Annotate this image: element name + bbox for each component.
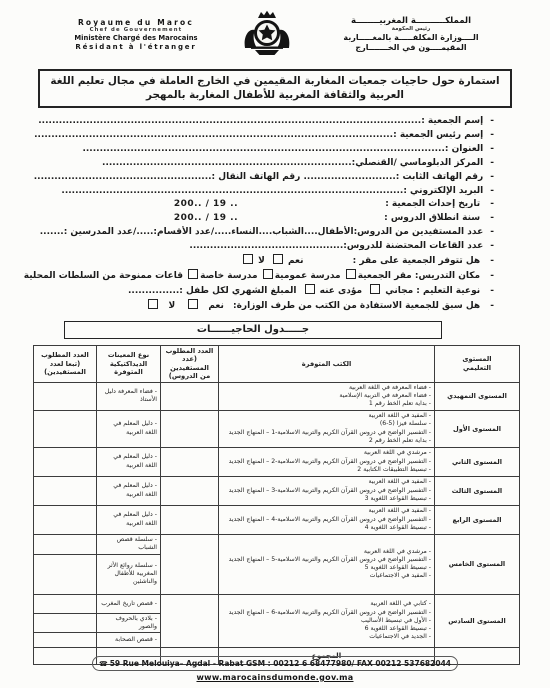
table-row-level-3: المستوى الثالث المفيد في اللغة العربيةال… xyxy=(34,476,520,505)
level-label: المستوى الثاني xyxy=(435,447,520,476)
aids-list: بلادي بالحروف والصور xyxy=(97,613,161,632)
col-header-required-count-beneficiaries: العدد المطلوب (تبعا لعدد المستفيدين) xyxy=(34,345,97,382)
field-lessons-start-year: سنة انطلاق الدروس : 200.. / 19 .. xyxy=(22,212,494,226)
field-previous-books-benefit: هل سبق للجمعية الاستفادة من الكتب من طرف… xyxy=(22,299,494,314)
kingdom-title-fr: Royaume du Maroc xyxy=(52,18,220,27)
scanned-form-page: Royaume du Maroc Chef de Gouvernement Mi… xyxy=(0,0,550,688)
kingdom-title-ar: المملكــــــــــة المغربيــــــــة xyxy=(310,16,512,26)
empty-cell xyxy=(34,613,97,632)
level-label: المستوى السادس xyxy=(435,594,520,647)
no-label: لا xyxy=(168,301,175,311)
empty-cell xyxy=(34,505,97,534)
field-address: العنوان :...............................… xyxy=(22,143,494,157)
address-text: 59 Rue Melouiya– Agdal - Rabat GSM : 002… xyxy=(110,659,451,668)
list-item: فضاء المعرفة في التربية الإسلامية xyxy=(222,392,431,400)
books-list: المفيد في اللغة العربيةسلسلة فيزا (5-6)ا… xyxy=(219,410,435,447)
empty-cell xyxy=(161,476,219,505)
empty-cell xyxy=(161,410,219,447)
checkbox-icon xyxy=(370,284,380,294)
checkbox-icon xyxy=(188,269,198,279)
list-item: المفيد في اللغة العربية xyxy=(222,507,431,515)
list-item: مرشدي في اللغة العربية xyxy=(222,449,431,457)
table-row-level-5: المستوى الخامس مرشدي في اللغة العربيةالت… xyxy=(34,534,520,554)
gov-chief-ar: رئيس الحكومة xyxy=(310,26,512,33)
col-header-didactic-aids: نوع المعينات الديداكتيكية المتوفرة xyxy=(97,345,161,382)
list-item: فضاء المعرفة دليل الأستاذ xyxy=(100,388,157,404)
list-item: التفسير الواضح في دروس القرآن الكريم وال… xyxy=(222,609,431,617)
creation-date-value: 200.. / 19 .. xyxy=(174,198,238,212)
list-item: دليل المعلم في اللغة العربية xyxy=(100,420,157,436)
list-item: سلسلة روائع الأثر المغربية للأطفال والنا… xyxy=(100,562,157,587)
form-title: استمارة حول حاجيات جمعيات المغاربة المقي… xyxy=(38,69,512,108)
aids-list: قصص الصحابة xyxy=(97,633,161,648)
teaching-place-private-school: مدرسة خاصة xyxy=(200,271,257,281)
field-beneficiaries-count: عدد المستفيدين من الدروس:الأطفال....الشب… xyxy=(22,226,494,240)
aids-list: دليل المعلم في اللغة العربية xyxy=(97,410,161,447)
level-label: المستوى الخامس xyxy=(435,534,520,594)
gov-chief-fr: Chef de Gouvernement xyxy=(52,27,220,34)
teaching-type-paid-label: مؤدى عنه xyxy=(320,286,363,296)
list-item: المفيد في اللغة العربية xyxy=(222,478,431,486)
list-item: التفسير الواضح في دروس القرآن الكريم وال… xyxy=(222,516,431,524)
empty-cell xyxy=(34,476,97,505)
yes-label: نعم xyxy=(208,301,224,311)
empty-cell xyxy=(34,554,97,594)
table-header-row: المستوى التعليمي الكتب المتوفرة العدد ال… xyxy=(34,345,520,382)
lessons-start-value: 200.. / 19 .. xyxy=(174,212,238,226)
has-premises-label: هل تتوفر الجمعية على مقر : xyxy=(353,256,481,266)
teaching-place-public-school: مدرسة عمومية xyxy=(275,271,341,281)
list-item: قصص الصحابة xyxy=(100,636,157,644)
residents-ar: المقيمــــون في الخـــــــارج xyxy=(310,43,512,53)
list-item: التفسير الواضح في دروس القرآن الكريم وال… xyxy=(222,556,431,564)
list-item: تبسيط التطبيقات الكتابية 2 xyxy=(222,466,431,474)
form-fields: إسم الجمعية :...........................… xyxy=(22,115,494,314)
level-label: المستوى الأول xyxy=(435,410,520,447)
list-item: كتابي في اللغة العربية xyxy=(222,600,431,608)
empty-cell xyxy=(34,447,97,476)
needs-table-heading: جـــــدول الحاجيــــــات xyxy=(64,321,442,339)
field-teaching-place: مكان التدريس: مقر الجمعية مدرسة عمومية م… xyxy=(22,269,494,284)
list-item: تبسيط القواعد اللغوية 6 xyxy=(222,625,431,633)
list-item: الأول في تبسيط الأساليب xyxy=(222,617,431,625)
table-row-level-1: المستوى الأول المفيد في اللغة العربيةسلس… xyxy=(34,410,520,447)
books-benefit-label: هل سبق للجمعية الاستفادة من الكتب من طرف… xyxy=(233,301,480,311)
list-item: تبسيط القواعد اللغوية 4 xyxy=(222,524,431,532)
empty-cell xyxy=(34,594,97,613)
field-creation-date: تاريخ إحداث الجمعية : 200.. / 19 .. xyxy=(22,198,494,212)
empty-cell xyxy=(161,447,219,476)
field-diplomatic-center: المركز الدبلوماسي /القنصلي:.............… xyxy=(22,157,494,171)
no-label: لا xyxy=(258,256,265,266)
empty-cell xyxy=(34,534,97,554)
list-item: فضاء المعرفة في اللغة العربية xyxy=(222,384,431,392)
teaching-place-label: مكان التدريس: مقر الجمعية xyxy=(358,271,480,281)
field-phones: رقم الهاتف الثابت :.....................… xyxy=(22,171,494,185)
aids-list: فضاء المعرفة دليل الأستاذ xyxy=(97,383,161,411)
monthly-fee-label: المبلغ الشهري لكل طفل :............... xyxy=(128,286,296,296)
books-list: مرشدي في اللغة العربيةالتفسير الواضح في … xyxy=(219,534,435,594)
empty-cell xyxy=(161,383,219,411)
website-url: www.marocainsdumonde.gov.ma xyxy=(0,673,550,682)
checkbox-icon xyxy=(273,254,283,264)
books-list: كتابي في اللغة العربيةالتفسير الواضح في … xyxy=(219,594,435,647)
field-president-name: إسم رئيس الجمعية :......................… xyxy=(22,129,494,143)
books-list: مرشدي في اللغة العربيةالتفسير الواضح في … xyxy=(219,447,435,476)
aids-list: دليل المعلم في اللغة العربية xyxy=(97,505,161,534)
col-header-required-count-lessons: العدد المطلوب (عدد المستفيدين من الدروس) xyxy=(161,345,219,382)
checkbox-icon xyxy=(148,299,158,309)
list-item: دليل المعلم في اللغة العربية xyxy=(100,511,157,527)
books-list: المفيد في اللغة العربيةالتفسير الواضح في… xyxy=(219,505,435,534)
ministry-fr: Ministère Chargé des Marocains xyxy=(52,34,220,43)
level-label: المستوى الرابع xyxy=(435,505,520,534)
field-association-name: إسم الجمعية :...........................… xyxy=(22,115,494,129)
checkbox-icon xyxy=(305,284,315,294)
aids-list: سلسلة روائع الأثر المغربية للأطفال والنا… xyxy=(97,554,161,594)
books-list: فضاء المعرفة في اللغة العربيةفضاء المعرف… xyxy=(219,383,435,411)
list-item: المفيد في اللغة العربية xyxy=(222,412,431,420)
list-item: سلسلة فيزا (5-6) xyxy=(222,420,431,428)
list-item: بداية تعلم الخط رقم 2 xyxy=(222,437,431,445)
aids-list: دليل المعلم في اللغة العربية xyxy=(97,476,161,505)
document-footer: ☎59 Rue Melouiya– Agdal - Rabat GSM : 00… xyxy=(0,656,550,682)
moroccan-coat-of-arms-icon xyxy=(238,9,296,61)
list-item: سلسلة قصص الشباب xyxy=(100,536,157,552)
teaching-place-local-authority-rooms: قاعات ممنوحة من السلطات المحلية xyxy=(24,271,183,281)
list-item: المفيد في الاجتماعيات xyxy=(222,572,431,580)
list-item: قصص تاريخ المغرب xyxy=(100,600,157,608)
needs-table: المستوى التعليمي الكتب المتوفرة العدد ال… xyxy=(33,345,520,665)
field-email: البريد الإلكتروني :.....................… xyxy=(22,185,494,199)
aids-list: سلسلة قصص الشباب xyxy=(97,534,161,554)
empty-cell xyxy=(34,410,97,447)
list-item: دليل المعلم في اللغة العربية xyxy=(100,482,157,498)
residents-fr: Résidant à l'étranger xyxy=(52,43,220,52)
header-arabic-block: المملكــــــــــة المغربيــــــــة رئيس … xyxy=(310,16,512,53)
checkbox-icon xyxy=(243,254,253,264)
table-row-level-6: المستوى السادس كتابي في اللغة العربيةالت… xyxy=(34,594,520,613)
contact-address: ☎59 Rue Melouiya– Agdal - Rabat GSM : 00… xyxy=(92,656,458,671)
list-item: مرشدي في اللغة العربية xyxy=(222,548,431,556)
books-list: المفيد في اللغة العربيةالتفسير الواضح في… xyxy=(219,476,435,505)
header-french-block: Royaume du Maroc Chef de Gouvernement Mi… xyxy=(52,18,220,52)
teaching-type-free-label: نوعية التعليم : مجاني xyxy=(385,286,480,296)
yes-label: نعم xyxy=(288,256,304,266)
checkbox-icon xyxy=(188,299,198,309)
creation-date-label: تاريخ إحداث الجمعية : xyxy=(385,199,480,209)
list-item: التفسير الواضح في دروس القرآن الكريم وال… xyxy=(222,458,431,466)
list-item: بداية تعلم الخط رقم 1 xyxy=(222,400,431,408)
aids-list: دليل المعلم في اللغة العربية xyxy=(97,447,161,476)
empty-cell xyxy=(161,534,219,594)
list-item: التفسير الواضح في دروس القرآن الكريم وال… xyxy=(222,429,431,437)
ministry-ar: الــــوزارة المكلفـــــة بالمغـــــاربة xyxy=(310,33,512,43)
empty-cell xyxy=(161,594,219,647)
aids-list: قصص تاريخ المغرب xyxy=(97,594,161,613)
list-item: تبسيط القواعد اللغوية 3 xyxy=(222,495,431,503)
checkbox-icon xyxy=(346,269,356,279)
list-item: الجديد في الاجتماعيات xyxy=(222,633,431,641)
col-header-level: المستوى التعليمي xyxy=(435,345,520,382)
phone-icon: ☎ xyxy=(99,660,108,668)
list-item: بلادي بالحروف والصور xyxy=(100,615,157,631)
document-header: Royaume du Maroc Chef de Gouvernement Mi… xyxy=(0,0,550,61)
empty-cell xyxy=(34,633,97,648)
table-row-level-4: المستوى الرابع المفيد في اللغة العربيةال… xyxy=(34,505,520,534)
empty-cell xyxy=(34,383,97,411)
field-has-premises: هل تتوفر الجمعية على مقر : نعم لا xyxy=(22,254,494,269)
level-label: المستوى التمهيدي xyxy=(435,383,520,411)
empty-cell xyxy=(161,505,219,534)
level-label: المستوى الثالث xyxy=(435,476,520,505)
list-item: دليل المعلم في اللغة العربية xyxy=(100,453,157,469)
field-teaching-type: نوعية التعليم : مجاني مؤدى عنه المبلغ ال… xyxy=(22,284,494,299)
table-row-level-2: المستوى الثاني مرشدي في اللغة العربيةالت… xyxy=(34,447,520,476)
table-row-preparatory: المستوى التمهيدي فضاء المعرفة في اللغة ا… xyxy=(34,383,520,411)
col-header-available-books: الكتب المتوفرة xyxy=(219,345,435,382)
field-rooms-count: عدد القاعات المحتضنة للدروس:............… xyxy=(22,240,494,254)
checkbox-icon xyxy=(263,269,273,279)
list-item: التفسير الواضح في دروس القرآن الكريم وال… xyxy=(222,487,431,495)
lessons-start-label: سنة انطلاق الدروس : xyxy=(384,213,480,223)
list-item: تبسيط القواعد اللغوية 5 xyxy=(222,564,431,572)
